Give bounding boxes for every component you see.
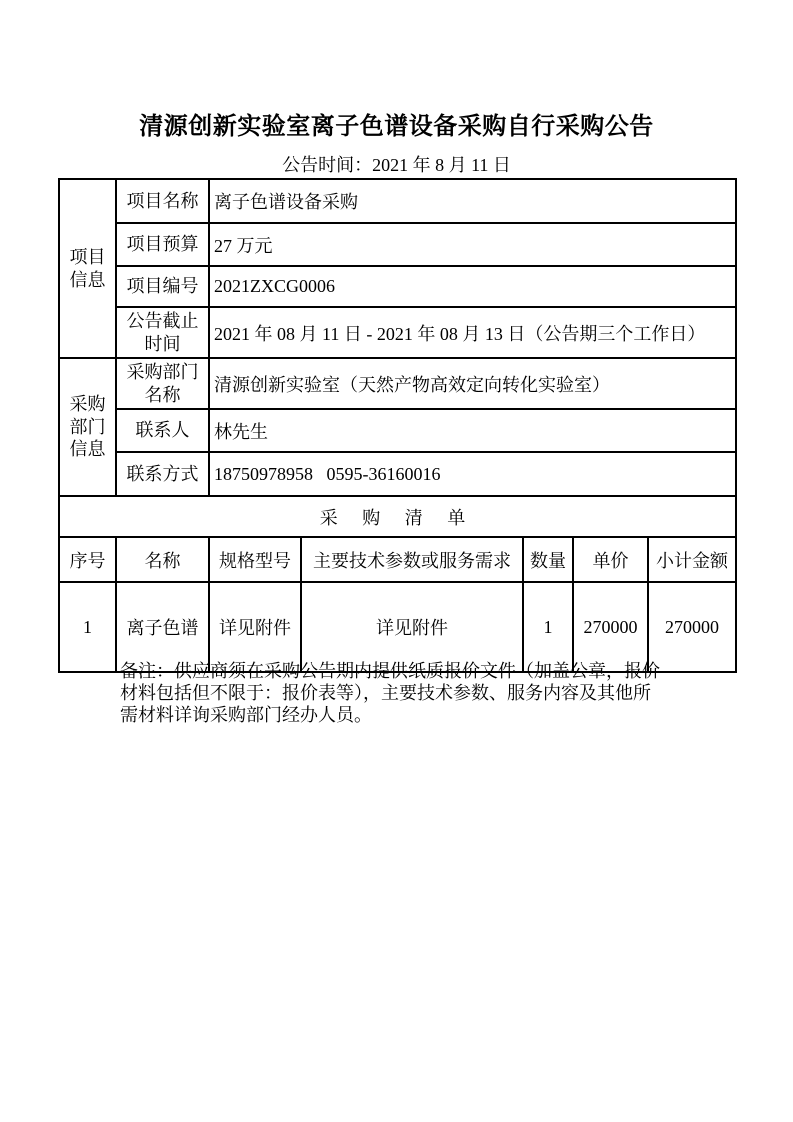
- item-qty: 1: [523, 582, 573, 672]
- page-title: 清源创新实验室离子色谱设备采购自行采购公告: [0, 106, 793, 141]
- table-row: 项目预算 27 万元: [59, 223, 736, 266]
- table-row: 采 购 清 单: [59, 496, 736, 537]
- table-row: 公告截止 时间 2021 年 08 月 11 日 - 2021 年 08 月 1…: [59, 307, 736, 358]
- table-row: 采购 部门 信息 采购部门 名称 清源创新实验室（天然产物高效定向转化实验室）: [59, 358, 736, 409]
- column-header-params: 主要技术参数或服务需求: [301, 537, 523, 582]
- department-info-group-label: 采购 部门 信息: [59, 358, 116, 496]
- deadline-value: 2021 年 08 月 11 日 - 2021 年 08 月 13 日（公告期三…: [209, 307, 736, 358]
- column-header-subtotal: 小计金额: [648, 537, 736, 582]
- column-header-name: 名称: [116, 537, 209, 582]
- item-unit-price: 270000: [573, 582, 648, 672]
- table-row: 联系方式 18750978958 0595-36160016: [59, 452, 736, 496]
- project-info-group-label: 项目 信息: [59, 179, 116, 358]
- column-header-unit-price: 单价: [573, 537, 648, 582]
- project-name-label: 项目名称: [116, 179, 209, 223]
- deadline-label: 公告截止 时间: [116, 307, 209, 358]
- table-row: 项目编号 2021ZXCG0006: [59, 266, 736, 307]
- department-name-value: 清源创新实验室（天然产物高效定向转化实验室）: [209, 358, 736, 409]
- contact-method-value: 18750978958 0595-36160016: [209, 452, 736, 496]
- item-params: 详见附件: [301, 582, 523, 672]
- table-row: 联系人 林先生: [59, 409, 736, 452]
- announcement-time: 公告时间：2021 年 8 月 11 日: [0, 151, 793, 177]
- project-budget-label: 项目预算: [116, 223, 209, 266]
- item-subtotal: 270000: [648, 582, 736, 672]
- purchase-list-section-title: 采 购 清 单: [59, 496, 736, 537]
- contact-person-value: 林先生: [209, 409, 736, 452]
- item-spec: 详见附件: [209, 582, 301, 672]
- column-header-spec: 规格型号: [209, 537, 301, 582]
- project-budget-value: 27 万元: [209, 223, 736, 266]
- table-header-row: 序号 名称 规格型号 主要技术参数或服务需求 数量 单价 小计金额: [59, 537, 736, 582]
- project-number-value: 2021ZXCG0006: [209, 266, 736, 307]
- column-header-qty: 数量: [523, 537, 573, 582]
- column-header-seq: 序号: [59, 537, 116, 582]
- project-number-label: 项目编号: [116, 266, 209, 307]
- contact-person-label: 联系人: [116, 409, 209, 452]
- item-seq: 1: [59, 582, 116, 672]
- department-name-label: 采购部门 名称: [116, 358, 209, 409]
- project-name-value: 离子色谱设备采购: [209, 179, 736, 223]
- remark-note: 备注：供应商须在采购公告期内提供纸质报价文件（加盖公章，报价 材料包括但不限于：…: [120, 661, 700, 727]
- document-page: 清源创新实验室离子色谱设备采购自行采购公告 公告时间：2021 年 8 月 11…: [0, 0, 793, 1122]
- procurement-table: 项目 信息 项目名称 离子色谱设备采购 项目预算 27 万元 项目编号 2021…: [58, 178, 737, 673]
- item-name: 离子色谱: [116, 582, 209, 672]
- contact-method-label: 联系方式: [116, 452, 209, 496]
- table-row: 项目 信息 项目名称 离子色谱设备采购: [59, 179, 736, 223]
- item-row: 1 离子色谱 详见附件 详见附件 1 270000 270000: [59, 582, 736, 672]
